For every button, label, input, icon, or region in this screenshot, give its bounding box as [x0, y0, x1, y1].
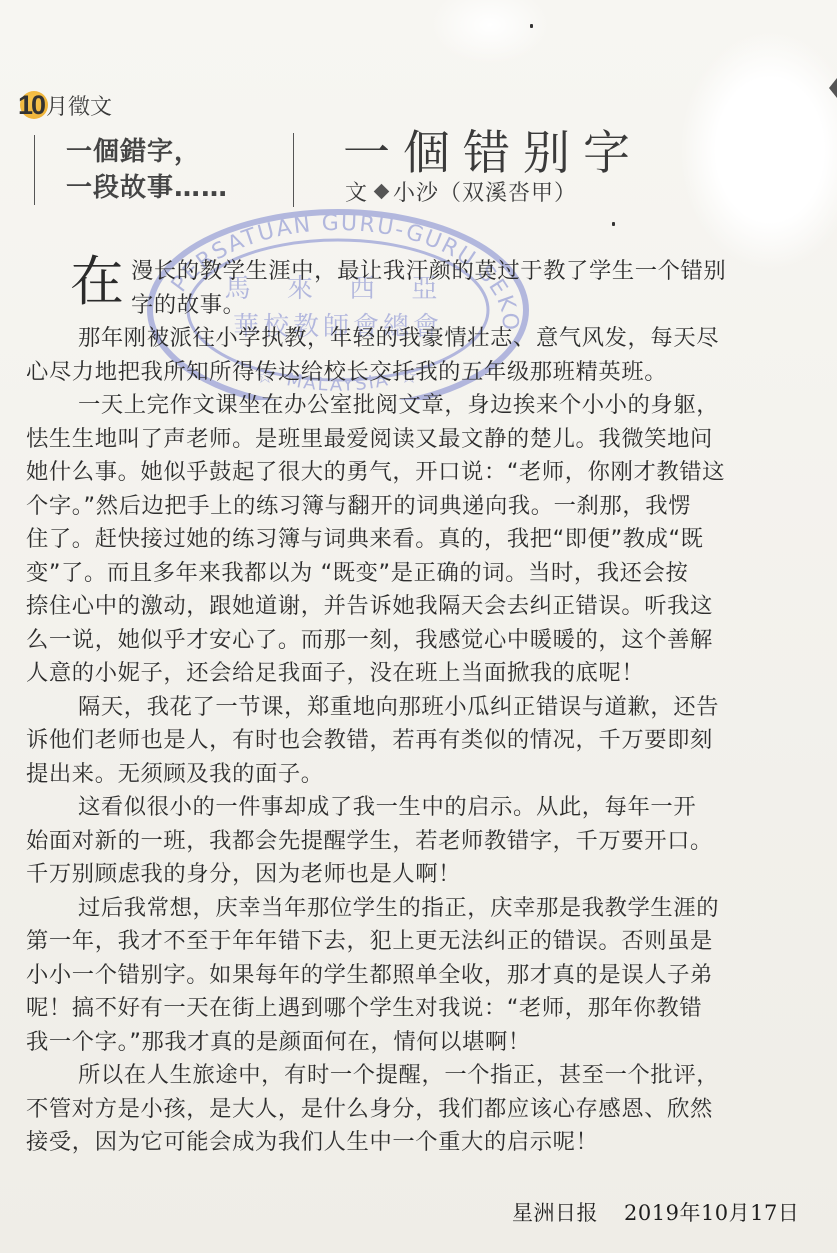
article-line: 隔天，我花了一节课，郑重地向那班小瓜纠正错误与道歉，还告 [78, 692, 719, 722]
article-line: 始面对新的一班，我都会先提醒学生，若老师教错字，千万要开口。 [26, 826, 713, 856]
article-line: 过后我常想，庆幸当年那位学生的指正，庆幸那是我教学生涯的 [78, 893, 719, 923]
article-line: 诉他们老师也是人，有时也会教错，若再有类似的情况，千万要即刻 [26, 725, 713, 755]
article-line: 这看似很小的一件事却成了我一生中的启示。从此，每年一开 [78, 792, 696, 822]
article-line: 捺住心中的激动，跟她道谢，并告诉她我隔天会去纠正错误。听我这 [26, 591, 713, 621]
article-line: 个字。”然后边把手上的练习簿与翻开的词典递向我。一刹那，我愣 [26, 491, 691, 521]
article-line: 千万别顾虑我的身分，因为老师也是人啊！ [26, 859, 461, 889]
article-line: 心尽力地把我所知所得传达给校长交托我的五年级那班精英班。 [26, 357, 667, 387]
article-line: 么一说，她似乎才安心了。而那一刻，我感觉心中暖暖的，这个善解 [26, 625, 713, 655]
article-line: 不管对方是小孩，是大人，是什么身分，我们都应该心存感恩、欣然 [26, 1094, 713, 1124]
article-line: 怯生生地叫了声老师。是班里最爱阅读又最文静的楚儿。我微笑地问 [26, 424, 713, 454]
article-line: 提出来。无须顾及我的面子。 [26, 759, 324, 789]
publication-name: 星洲日报 [512, 1201, 598, 1225]
article-body: 漫长的教学生涯中，最让我汗颜的莫过于教了学生一个错别 字的故事。 那年刚被派往小… [0, 0, 837, 1253]
article-line: 小小一个错别字。如果每年的学生都照单全收，那才真的是误人子弟 [26, 960, 713, 990]
article-line: 呢！搞不好有一天在街上遇到哪个学生对我说：“老师，那年你教错 [26, 993, 702, 1023]
article-line: 第一年，我才不至于年年错下去，犯上更无法纠正的错误。否则虽是 [26, 926, 713, 956]
source-credit: 星洲日报2019年10月17日 [512, 1197, 799, 1227]
publication-date: 2019年10月17日 [624, 1201, 799, 1225]
article-line: 一天上完作文课坐在办公室批阅文章，身边挨来个小小的身躯， [78, 390, 719, 420]
article-line: 所以在人生旅途中，有时一个提醒，一个指正，甚至一个批评， [78, 1060, 719, 1090]
article-line: 住了。赶快接过她的练习簿与词典来看。真的，我把“即便”教成“既 [26, 524, 704, 554]
article-line: 那年刚被派往小学执教，年轻的我豪情壮志、意气风发，每天尽 [78, 323, 719, 353]
article-line: 人意的小妮子，还会给足我面子，没在班上当面掀我的底呢！ [26, 658, 644, 688]
article-line: 她什么事。她似乎鼓起了很大的勇气，开口说：“老师，你刚才教错这 [26, 457, 725, 487]
article-line: 字的故事。 [131, 290, 246, 320]
article-line: 我一个字。”那我才真的是颜面何在，情何以堪啊！ [26, 1027, 531, 1057]
article-line: 漫长的教学生涯中，最让我汗颜的莫过于教了学生一个错别 [131, 256, 726, 286]
article-line: 接受，因为它可能会成为我们人生中一个重大的启示呢！ [26, 1127, 598, 1157]
article-line: 变”了。而且多年来我都以为 “既变”是正确的词。当时，我还会按 [26, 558, 688, 588]
